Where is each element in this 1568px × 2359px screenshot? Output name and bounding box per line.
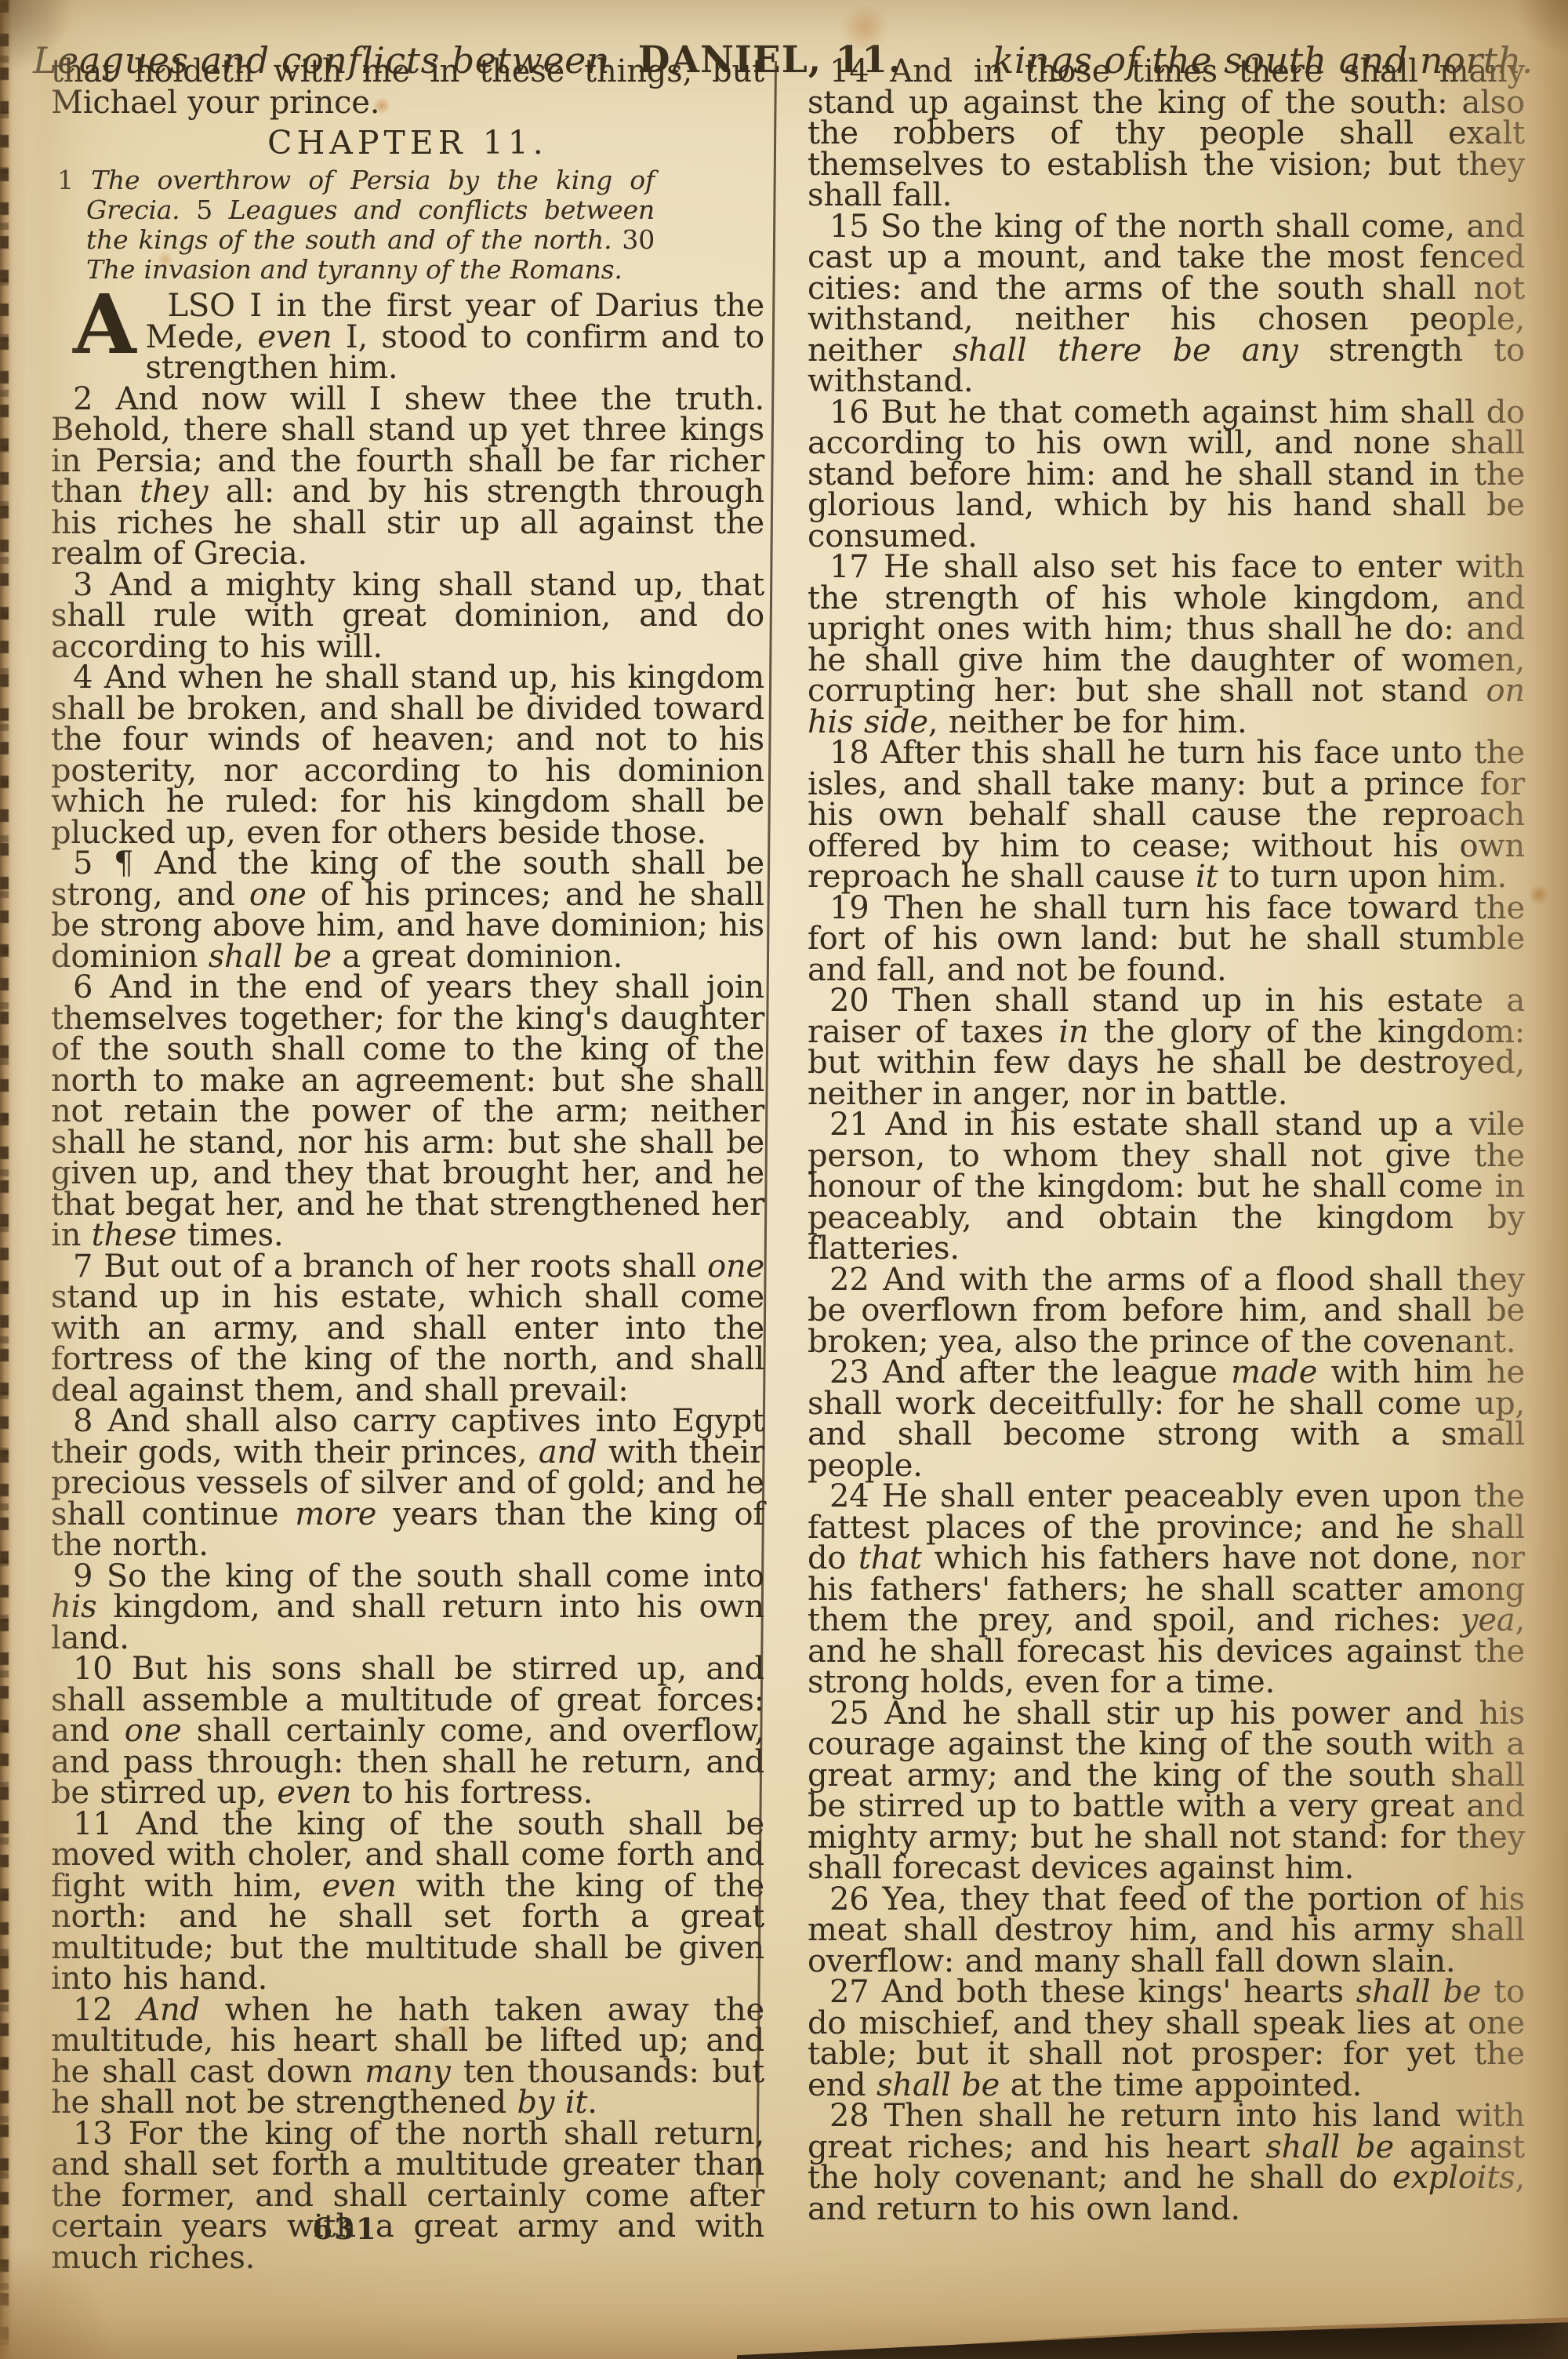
verse-27: 27 And both these kings' hearts shall be… [808,1977,1525,2101]
verse-number: 24 [829,1478,869,1514]
verse-17: 17 He shall also set his face to enter w… [808,552,1525,738]
chapter-heading: CHAPTER 11. [51,125,764,161]
verse-number: 4 [73,660,93,696]
verse-15: 15 So the king of the north shall come, … [808,212,1525,398]
verse-13: 13 For the king of the north shall retur… [51,2119,764,2274]
verse-number: 23 [829,1354,869,1390]
bible-page-scan: Leagues and conflicts between DANIEL, 11… [0,0,1568,2359]
verse-number: 27 [829,1974,869,2010]
summary-verse-number: 30 [622,224,655,255]
left-column: that holdeth with me in these things, bu… [51,56,764,2274]
verse-number: 18 [829,735,869,771]
verse-number: 25 [829,1696,869,1732]
verse-number: 22 [829,1262,869,1298]
paper-stain [1529,885,1549,905]
verse-number: 20 [829,983,869,1019]
verse-number: 10 [73,1651,113,1687]
verse-6: 6 And in the end of years they shall joi… [51,972,764,1252]
verse-number: 8 [73,1403,93,1439]
chapter10-continuation: that holdeth with me in these things, bu… [51,56,764,118]
verse-number: 28 [829,2098,869,2134]
page-bottom-edge [737,2312,1568,2359]
verse-number: 17 [829,549,869,585]
verse-number: 2 [73,381,93,417]
background-below-page [737,2312,1568,2359]
verse-23: 23 And after the league made with him he… [808,1358,1525,1481]
verse-11: 11 And the king of the south shall be mo… [51,1809,764,1995]
verse-number: 14 [829,53,869,89]
left-verses-container: ALSO I in the first year of Darius the M… [51,291,764,2274]
page-number: 631 [298,2212,392,2246]
verse-number: 3 [73,567,93,603]
verse-12: 12 And when he hath taken away the multi… [51,1995,764,2119]
verse-19: 19 Then he shall turn his face toward th… [808,893,1525,987]
verse-4: 4 And when he shall stand up, his kingdo… [51,663,764,849]
verse-8: 8 And shall also carry captives into Egy… [51,1406,764,1561]
verse-number: 11 [73,1806,113,1842]
verse-2: 2 And now will I shew thee the truth. Be… [51,384,764,570]
verse-number: 5 [73,845,93,881]
verse-number: 7 [73,1249,93,1285]
verse-24: 24 He shall enter peaceably even upon th… [808,1481,1525,1699]
verse-number: 6 [73,969,93,1005]
verse-number: 15 [829,209,869,245]
verse-3: 3 And a mighty king shall stand up, that… [51,570,764,663]
verse-number: 26 [829,1881,869,1917]
verse-14: 14 And in those times there shall many s… [808,56,1525,212]
verse-25: 25 And he shall stir up his power and hi… [808,1699,1525,1885]
verse-number: 21 [829,1107,869,1143]
verse-number: 19 [829,890,869,926]
verse-number: 16 [829,394,869,431]
verse-26: 26 Yea, they that feed of the portion of… [808,1885,1525,1978]
drop-cap: A [51,293,136,356]
verse-1: ALSO I in the first year of Darius the M… [51,291,764,384]
verse-21: 21 And in his estate shall stand up a vi… [808,1110,1525,1265]
verse-16: 16 But he that cometh against him shall … [808,398,1525,553]
right-verses-container: 14 And in those times there shall many s… [808,56,1525,2225]
verse-7: 7 But out of a branch of her roots shall… [51,1252,764,1407]
chapter-summary: 1 The overthrow of Persia by the king of… [86,165,655,285]
verse-10: 10 But his sons shall be stirred up, and… [51,1654,764,1809]
verse-20: 20 Then shall stand up in his estate a r… [808,986,1525,1110]
right-column: 14 And in those times there shall many s… [808,56,1525,2225]
summary-verse-number: 5 [196,194,212,225]
verse-22: 22 And with the arms of a flood shall th… [808,1265,1525,1358]
verse-number: 12 [73,1992,113,2028]
summary-verse-number: 1 [57,165,74,195]
verse-28: 28 Then shall he return into his land wi… [808,2101,1525,2225]
verse-5: 5 ¶ And the king of the south shall be s… [51,849,764,972]
verse-9: 9 So the king of the south shall come in… [51,1561,764,1655]
gutter-ink-speckles [0,0,9,2359]
verse-18: 18 After this shall he turn his face unt… [808,738,1525,893]
verse-number: 13 [73,2116,113,2152]
